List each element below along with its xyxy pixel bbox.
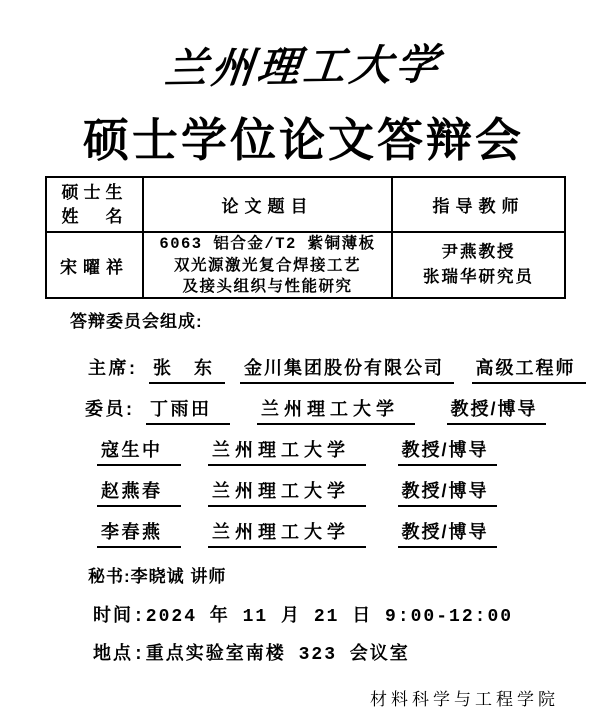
committee-member-row: 委员: 丁雨田 兰州理工大学 教授/博导 <box>85 395 607 425</box>
member-affiliation: 兰州理工大学 <box>208 518 366 548</box>
member-name: 寇生中 <box>97 436 181 466</box>
header-student-line1: 硕士生 <box>47 181 142 205</box>
committee-heading: 答辩委员会组成: <box>70 307 607 332</box>
thesis-title-cell: 6063 铝合金/T2 紫铜薄板 双光源激光复合焊接工艺 及接头组织与性能研究 <box>143 232 392 298</box>
member-label: 委员: <box>85 399 135 419</box>
advisor-cell: 尹燕教授 张瑞华研究员 <box>392 232 565 298</box>
table-data-row: 宋曜祥 6063 铝合金/T2 紫铜薄板 双光源激光复合焊接工艺 及接头组织与性… <box>46 232 565 298</box>
committee-chair-row: 主席: 张 东 金川集团股份有限公司 高级工程师 <box>88 354 607 384</box>
header-thesis-title: 论文题目 <box>143 177 392 232</box>
header-student-line2: 姓 名 <box>47 205 142 229</box>
thesis-line-1: 6063 铝合金/T2 紫铜薄板 <box>144 234 391 255</box>
member-name: 丁雨田 <box>146 395 230 425</box>
thesis-line-2: 双光源激光复合焊接工艺 <box>144 255 391 276</box>
member-affiliation: 兰州理工大学 <box>257 395 415 425</box>
committee-member-row: 李春燕 兰州理工大学 教授/博导 <box>97 518 607 548</box>
thesis-line-3: 及接头组织与性能研究 <box>144 276 391 297</box>
chair-name: 张 东 <box>149 354 225 384</box>
committee-member-row: 赵燕春 兰州理工大学 教授/博导 <box>97 477 607 507</box>
chair-title: 高级工程师 <box>472 354 586 384</box>
advisor-line-2: 张瑞华研究员 <box>393 265 564 290</box>
committee-member-row: 寇生中 兰州理工大学 教授/博导 <box>97 436 607 466</box>
member-title: 教授/博导 <box>398 477 497 507</box>
university-calligraphy-logo: 兰州理工大学 <box>0 35 607 100</box>
member-title: 教授/博导 <box>398 436 497 466</box>
header-student-name: 硕士生 姓 名 <box>46 177 143 232</box>
member-affiliation: 兰州理工大学 <box>208 477 366 507</box>
member-title: 教授/博导 <box>447 395 546 425</box>
defense-announcement-page: 兰州理工大学 硕士学位论文答辩会 硕士生 姓 名 论文题目 指导教师 宋曜祥 6… <box>0 0 607 715</box>
member-name: 赵燕春 <box>97 477 181 507</box>
defense-info-table: 硕士生 姓 名 论文题目 指导教师 宋曜祥 6063 铝合金/T2 紫铜薄板 双… <box>45 176 566 299</box>
page-title: 硕士学位论文答辩会 <box>0 116 607 166</box>
advisor-line-1: 尹燕教授 <box>393 240 564 265</box>
member-title: 教授/博导 <box>398 518 497 548</box>
chair-label: 主席: <box>88 358 138 378</box>
secretary-line: 秘书:李晓诚 讲师 <box>88 562 607 587</box>
member-affiliation: 兰州理工大学 <box>208 436 366 466</box>
table-header-row: 硕士生 姓 名 论文题目 指导教师 <box>46 177 565 232</box>
header-advisor: 指导教师 <box>392 177 565 232</box>
member-name: 李春燕 <box>97 518 181 548</box>
time-line: 时间:2024 年 11 月 21 日 9:00-12:00 <box>93 601 607 627</box>
department-signature: 材料科学与工程学院 <box>0 685 607 710</box>
student-name-cell: 宋曜祥 <box>46 232 143 298</box>
location-line: 地点:重点实验室南楼 323 会议室 <box>93 639 607 665</box>
chair-affiliation: 金川集团股份有限公司 <box>240 354 454 384</box>
